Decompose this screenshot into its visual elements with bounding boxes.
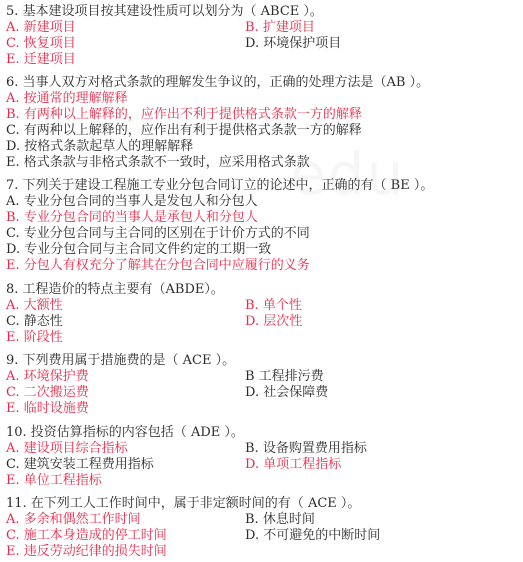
option-c: C. 二次搬运费 <box>6 385 89 401</box>
option-b: B. 设备购置费用指标 <box>245 441 367 457</box>
option-e: E. 单位工程指标 <box>6 473 102 489</box>
option-a: A. 大额性 <box>6 298 63 314</box>
option-e: E. 迁建项目 <box>6 52 76 68</box>
option-b: B. 扩建项目 <box>245 20 315 36</box>
question-stem: 9. 下列费用属于措施费的是（ ACE ）。 <box>6 353 521 369</box>
option-d: D. 层次性 <box>245 314 302 330</box>
question-stem: 5. 基本建设项目按其建设性质可以划分为（ ABCE ）。 <box>6 4 521 20</box>
option-d: D. 社会保障费 <box>245 385 328 401</box>
exam-document: edu 5. 基本建设项目按其建设性质可以划分为（ ABCE ）。 A. 新建项… <box>0 0 523 562</box>
question-stem: 8. 工程造价的特点主要有（ABDE）。 <box>6 282 521 298</box>
question-stem: 11. 在下列工人工作时间中，属于非定额时间的有（ ACE ）。 <box>6 496 521 512</box>
option-b: B 工程排污费 <box>245 369 324 385</box>
option-e: E. 临时设施费 <box>6 401 89 417</box>
option-c: C. 建筑安装工程费用指标 <box>6 457 154 473</box>
question-6: 6. 当事人双方对格式条款的理解发生争议的，正确的处理方法是（AB ）。 A. … <box>6 75 521 171</box>
question-10: 10. 投资估算指标的内容包括（ ADE ）。 A. 建设项目综合指标 B. 设… <box>6 425 521 489</box>
option-c: C. 专业分包合同与主合同的区别在于计价方式的不同 <box>6 226 521 242</box>
option-a: A. 专业分包合同的当事人是发包人和分包人 <box>6 194 521 210</box>
question-11: 11. 在下列工人工作时间中，属于非定额时间的有（ ACE ）。 A. 多余和偶… <box>6 496 521 560</box>
option-e: E. 分包人有权充分了解其在分包合同中应履行的义务 <box>6 258 521 274</box>
question-7: 7. 下列关于建设工程施工专业分包合同订立的论述中，正确的有（ BE ）。 A.… <box>6 178 521 274</box>
question-9: 9. 下列费用属于措施费的是（ ACE ）。 A. 环境保护费 B 工程排污费 … <box>6 353 521 417</box>
option-c: C. 恢复项目 <box>6 36 76 52</box>
question-stem: 7. 下列关于建设工程施工专业分包合同订立的论述中，正确的有（ BE ）。 <box>6 178 521 194</box>
option-a: A. 建设项目综合指标 <box>6 441 128 457</box>
question-5: 5. 基本建设项目按其建设性质可以划分为（ ABCE ）。 A. 新建项目 B.… <box>6 4 521 68</box>
option-a: A. 多余和偶然工作时间 <box>6 512 141 528</box>
option-b: B. 专业分包合同的当事人是承包人和分包人 <box>6 210 521 226</box>
question-stem: 10. 投资估算指标的内容包括（ ADE ）。 <box>6 425 521 441</box>
question-8: 8. 工程造价的特点主要有（ABDE）。 A. 大额性 B. 单个性 C. 静态… <box>6 282 521 346</box>
option-b: B. 有两种以上解释的，应作出不利于提供格式条款一方的解释 <box>6 107 521 123</box>
option-c: C. 施工本身造成的停工时间 <box>6 528 167 544</box>
option-d: D. 不可避免的中断时间 <box>245 528 380 544</box>
question-stem: 6. 当事人双方对格式条款的理解发生争议的，正确的处理方法是（AB ）。 <box>6 75 521 91</box>
option-c: C. 静态性 <box>6 314 63 330</box>
option-d: D. 按格式条款起草人的理解解释 <box>6 139 521 155</box>
option-a: A. 按通常的理解解释 <box>6 91 521 107</box>
option-e: E. 违反劳动纪律的损失时间 <box>6 544 167 560</box>
option-b: B. 单个性 <box>245 298 302 314</box>
option-c: C. 有两种以上解释的，应作出有利于提供格式条款一方的解释 <box>6 123 521 139</box>
option-e: E. 格式条款与非格式条款不一致时，应采用格式条款 <box>6 155 521 171</box>
option-b: B. 休息时间 <box>245 512 315 528</box>
option-d: D. 专业分包合同与主合同文件约定的工期一致 <box>6 242 521 258</box>
option-d: D. 环境保护项目 <box>245 36 341 52</box>
option-a: A. 新建项目 <box>6 20 76 36</box>
option-d: D. 单项工程指标 <box>245 457 341 473</box>
option-e: E. 阶段性 <box>6 330 63 346</box>
option-a: A. 环境保护费 <box>6 369 89 385</box>
